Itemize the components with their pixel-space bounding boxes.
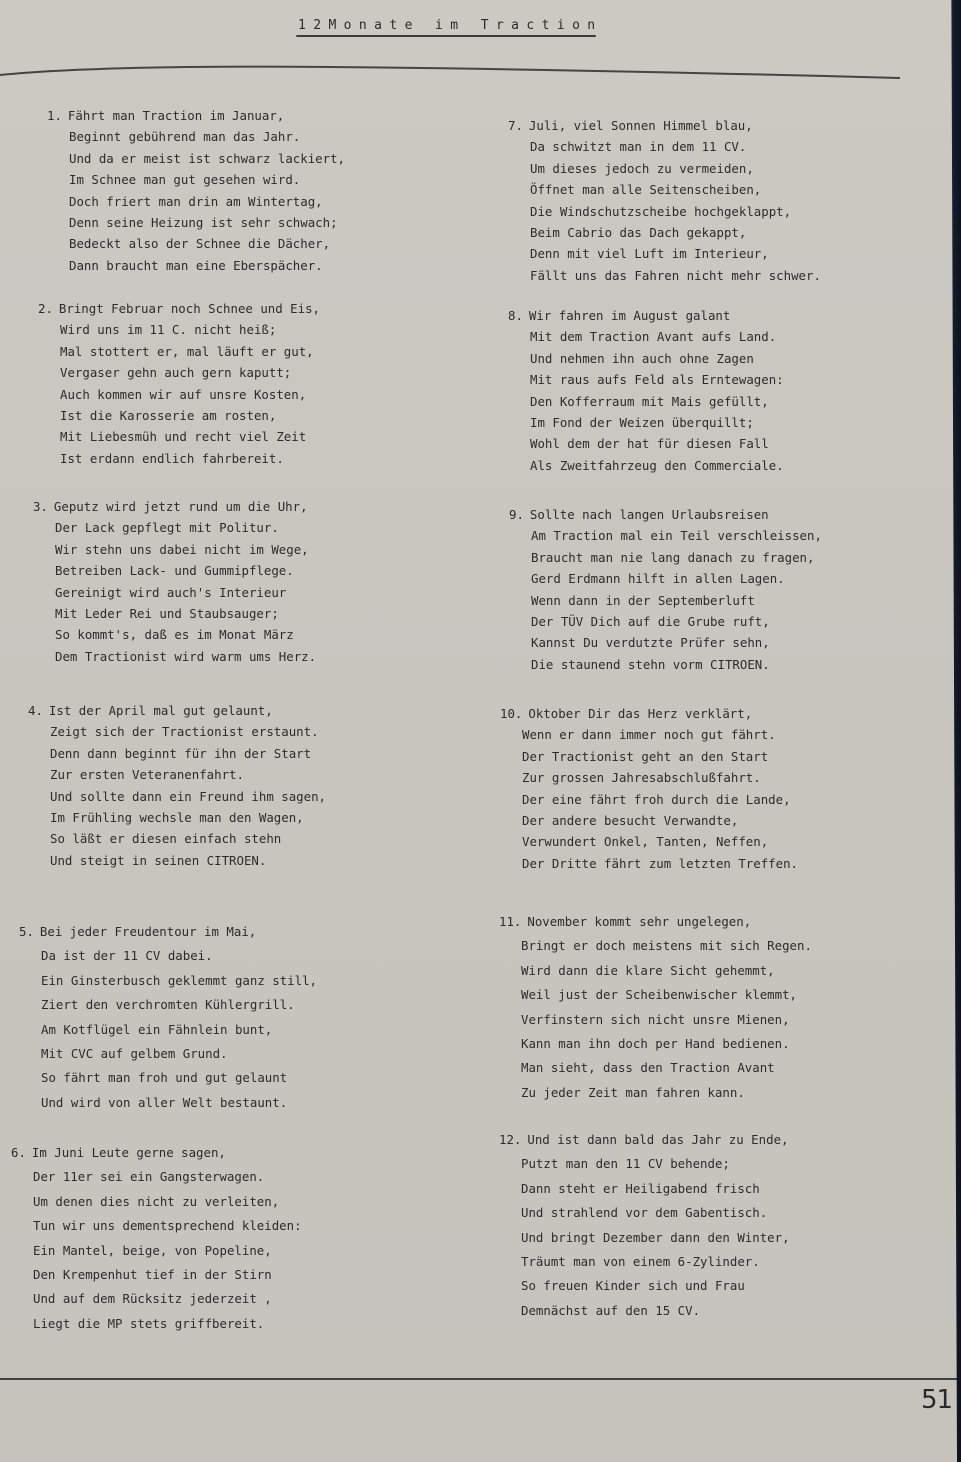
stanza-text: Wenn dann in der Septemberluft [531,593,755,608]
stanza-text: Juli, viel Sonnen Himmel blau, [529,118,753,133]
stanza-text: Um dieses jedoch zu vermeiden, [530,161,754,176]
stanza-text: Öffnet man alle Seitenscheiben, [530,182,761,197]
stanza-line: Betreiben Lack- und Gummipflege. [33,560,316,581]
stanza-text: Weil just der Scheibenwischer klemmt, [521,987,797,1002]
stanza-line: Denn dann beginnt für ihn der Start [28,743,326,764]
stanza-text: Ein Ginsterbusch geklemmt ganz still, [41,973,317,988]
stanza-text: Der Dritte fährt zum letzten Treffen. [522,856,798,871]
stanza-text: So läßt er diesen einfach stehn [50,831,281,846]
stanza-line: Der andere besucht Verwandte, [500,810,798,831]
stanza-line: Der 11er sei ein Gangsterwagen. [11,1165,302,1189]
stanza-line: Kannst Du verdutzte Prüfer sehn, [509,632,822,653]
stanza-line: Weil just der Scheibenwischer klemmt, [499,983,812,1007]
book-spine-edge [945,0,961,1462]
stanza-text: Wir fahren im August galant [529,308,730,323]
stanza-line: Ziert den verchromten Kühlergrill. [19,993,317,1017]
stanza-line: 5.Bei jeder Freudentour im Mai, [19,920,317,944]
stanza-text: Wohl dem der hat für diesen Fall [530,436,769,451]
stanza-8: 8.Wir fahren im August galantMit dem Tra… [508,305,784,476]
stanza-text: Der Tractionist geht an den Start [522,749,768,764]
stanza-line: So läßt er diesen einfach stehn [28,828,326,849]
stanza-text: Tun wir uns dementsprechend kleiden: [33,1218,302,1233]
stanza-line: 12.Und ist dann bald das Jahr zu Ende, [499,1128,790,1152]
stanza-line: Beim Cabrio das Dach gekappt, [508,222,821,243]
stanza-line: Öffnet man alle Seitenscheiben, [508,179,821,200]
stanza-text: Ziert den verchromten Kühlergrill. [41,997,295,1012]
stanza-line: Dann braucht man eine Eberspächer. [47,255,345,276]
stanza-number: 3. [33,496,48,517]
stanza-1: 1.Fährt man Traction im Januar,Beginnt g… [47,105,345,276]
stanza-text: Den Kofferraum mit Mais gefüllt, [530,394,769,409]
stanza-line: Ist die Karosserie am rosten, [38,405,320,426]
stanza-text: Wird dann die klare Sicht gehemmt, [521,963,775,978]
stanza-line: So kommt's, daß es im Monat März [33,624,316,645]
stanza-line: Und steigt in seinen CITROEN. [28,850,326,871]
stanza-text: Dem Tractionist wird warm ums Herz. [55,649,316,664]
stanza-text: Ist der April mal gut gelaunt, [49,703,273,718]
stanza-text: Braucht man nie lang danach zu fragen, [531,550,814,565]
stanza-text: Fällt uns das Fahren nicht mehr schwer. [530,268,821,283]
stanza-number: 10. [500,703,522,724]
stanza-text: Gereinigt wird auch's Interieur [55,585,286,600]
stanza-line: Bedeckt also der Schnee die Dächer, [47,233,345,254]
stanza-line: Der TÜV Dich auf die Grube ruft, [509,611,822,632]
stanza-line: Verfinstern sich nicht unsre Mienen, [499,1008,812,1032]
stanza-line: So fährt man froh und gut gelaunt [19,1066,317,1090]
stanza-line: Die staunend stehn vorm CITROEN. [509,654,822,675]
document-title: 12Monate im Traction [298,18,603,33]
stanza-line: Dem Tractionist wird warm ums Herz. [33,646,316,667]
stanza-line: Da ist der 11 CV dabei. [19,944,317,968]
stanza-text: Bringt Februar noch Schnee und Eis, [59,301,320,316]
stanza-line: Und wird von aller Welt bestaunt. [19,1091,317,1115]
stanza-line: Wird dann die klare Sicht gehemmt, [499,959,812,983]
stanza-3: 3.Geputz wird jetzt rund um die Uhr,Der … [33,496,316,667]
stanza-text: Träumt man von einem 6-Zylinder. [521,1254,760,1269]
top-rule [0,62,900,82]
stanza-text: Dann steht er Heiligabend frisch [521,1181,760,1196]
stanza-text: Doch friert man drin am Wintertag, [69,194,323,209]
stanza-number: 2. [38,298,53,319]
stanza-text: Verwundert Onkel, Tanten, Neffen, [522,834,768,849]
stanza-line: Vergaser gehn auch gern kaputt; [38,362,320,383]
stanza-line: 1.Fährt man Traction im Januar, [47,105,345,126]
stanza-4: 4.Ist der April mal gut gelaunt,Zeigt si… [28,700,326,871]
stanza-line: Ein Mantel, beige, von Popeline, [11,1239,302,1263]
stanza-text: Und nehmen ihn auch ohne Zagen [530,351,754,366]
stanza-7: 7.Juli, viel Sonnen Himmel blau,Da schwi… [508,115,821,286]
document-page: 12Monate im Traction 1.Fährt man Tractio… [0,0,961,1462]
stanza-5: 5.Bei jeder Freudentour im Mai,Da ist de… [19,920,317,1115]
stanza-text: Im Juni Leute gerne sagen, [32,1145,226,1160]
stanza-text: Beginnt gebührend man das Jahr. [69,129,300,144]
stanza-text: Und strahlend vor dem Gabentisch. [521,1205,767,1220]
stanza-text: Mit CVC auf gelbem Grund. [41,1046,228,1061]
stanza-text: Und ist dann bald das Jahr zu Ende, [527,1132,788,1147]
stanza-line: Doch friert man drin am Wintertag, [47,191,345,212]
stanza-line: Wir stehn uns dabei nicht im Wege, [33,539,316,560]
stanza-text: Betreiben Lack- und Gummipflege. [55,563,294,578]
stanza-number: 9. [509,504,524,525]
stanza-text: Mit Liebesmüh und recht viel Zeit [60,429,306,444]
stanza-text: Denn mit viel Luft im Interieur, [530,246,769,261]
stanza-line: Als Zweitfahrzeug den Commerciale. [508,455,784,476]
stanza-line: Da schwitzt man in dem 11 CV. [508,136,821,157]
stanza-line: Der eine fährt froh durch die Lande, [500,789,798,810]
stanza-number: 12. [499,1128,521,1152]
stanza-line: Tun wir uns dementsprechend kleiden: [11,1214,302,1238]
stanza-text: Der Lack gepflegt mit Politur. [55,520,279,535]
stanza-text: Bringt er doch meistens mit sich Regen. [521,938,812,953]
stanza-text: Zu jeder Zeit man fahren kann. [521,1085,745,1100]
stanza-text: Bedeckt also der Schnee die Dächer, [69,236,330,251]
stanza-line: Braucht man nie lang danach zu fragen, [509,547,822,568]
stanza-line: Der Lack gepflegt mit Politur. [33,517,316,538]
stanza-line: Wird uns im 11 C. nicht heiß; [38,319,320,340]
stanza-line: Mit CVC auf gelbem Grund. [19,1042,317,1066]
stanza-text: Kannst Du verdutzte Prüfer sehn, [531,635,770,650]
stanza-line: Auch kommen wir auf unsre Kosten, [38,384,320,405]
stanza-text: Dann braucht man eine Eberspächer. [69,258,323,273]
stanza-text: Die Windschutzscheibe hochgeklappt, [530,204,791,219]
stanza-6: 6.Im Juni Leute gerne sagen,Der 11er sei… [11,1141,302,1336]
stanza-number: 11. [499,910,521,934]
stanza-text: Zur grossen Jahresabschlußfahrt. [522,770,761,785]
stanza-text: Bei jeder Freudentour im Mai, [40,924,256,939]
stanza-line: Gereinigt wird auch's Interieur [33,582,316,603]
stanza-line: Verwundert Onkel, Tanten, Neffen, [500,831,798,852]
stanza-2: 2.Bringt Februar noch Schnee und Eis,Wir… [38,298,320,469]
stanza-text: Der andere besucht Verwandte, [522,813,738,828]
stanza-line: Und bringt Dezember dann den Winter, [499,1226,790,1250]
stanza-line: Mit dem Traction Avant aufs Land. [508,326,784,347]
stanza-9: 9.Sollte nach langen UrlaubsreisenAm Tra… [509,504,822,675]
stanza-line: Denn seine Heizung ist sehr schwach; [47,212,345,233]
stanza-line: Und sollte dann ein Freund ihm sagen, [28,786,326,807]
stanza-text: Denn dann beginnt für ihn der Start [50,746,311,761]
stanza-number: 4. [28,700,43,721]
stanza-text: Auch kommen wir auf unsre Kosten, [60,387,306,402]
stanza-line: So freuen Kinder sich und Frau [499,1274,790,1298]
stanza-line: Und auf dem Rücksitz jederzeit , [11,1287,302,1311]
stanza-line: Gerd Erdmann hilft in allen Lagen. [509,568,822,589]
stanza-text: Mal stottert er, mal läuft er gut, [60,344,314,359]
stanza-text: Verfinstern sich nicht unsre Mienen, [521,1012,790,1027]
stanza-text: Und bringt Dezember dann den Winter, [521,1230,790,1245]
stanza-text: Der TÜV Dich auf die Grube ruft, [531,614,770,629]
stanza-text: Als Zweitfahrzeug den Commerciale. [530,458,784,473]
stanza-text: Denn seine Heizung ist sehr schwach; [69,215,338,230]
stanza-text: Der 11er sei ein Gangsterwagen. [33,1169,264,1184]
stanza-line: 10.Oktober Dir das Herz verklärt, [500,703,798,724]
stanza-line: Ein Ginsterbusch geklemmt ganz still, [19,969,317,993]
stanza-text: Sollte nach langen Urlaubsreisen [530,507,769,522]
stanza-text: Oktober Dir das Herz verklärt, [528,706,752,721]
stanza-line: Den Krempenhut tief in der Stirn [11,1263,302,1287]
stanza-line: 8.Wir fahren im August galant [508,305,784,326]
stanza-text: Demnächst auf den 15 CV. [521,1303,700,1318]
stanza-text: Und auf dem Rücksitz jederzeit , [33,1291,272,1306]
stanza-line: Man sieht, dass den Traction Avant [499,1056,812,1080]
stanza-text: Beim Cabrio das Dach gekappt, [530,225,746,240]
stanza-line: Mit Liebesmüh und recht viel Zeit [38,426,320,447]
stanza-line: Denn mit viel Luft im Interieur, [508,243,821,264]
stanza-text: Und steigt in seinen CITROEN. [50,853,266,868]
page-number: 51 [921,1385,952,1415]
stanza-line: Zu jeder Zeit man fahren kann. [499,1081,812,1105]
stanza-text: Den Krempenhut tief in der Stirn [33,1267,272,1282]
stanza-line: Um dieses jedoch zu vermeiden, [508,158,821,179]
stanza-line: Und nehmen ihn auch ohne Zagen [508,348,784,369]
stanza-line: Zur ersten Veteranenfahrt. [28,764,326,785]
stanza-text: Ist die Karosserie am rosten, [60,408,276,423]
stanza-text: Putzt man den 11 CV behende; [521,1156,730,1171]
stanza-text: Um denen dies nicht zu verleiten, [33,1194,279,1209]
stanza-text: Ein Mantel, beige, von Popeline, [33,1243,272,1258]
bottom-rule [0,1378,961,1380]
stanza-text: Mit raus aufs Feld als Erntewagen: [530,372,784,387]
stanza-line: 11.November kommt sehr ungelegen, [499,910,812,934]
stanza-line: Und da er meist ist schwarz lackiert, [47,148,345,169]
stanza-text: Die staunend stehn vorm CITROEN. [531,657,770,672]
stanza-number: 7. [508,115,523,136]
stanza-number: 5. [19,920,34,944]
stanza-line: Mit raus aufs Feld als Erntewagen: [508,369,784,390]
stanza-text: So freuen Kinder sich und Frau [521,1278,745,1293]
stanza-line: Der Tractionist geht an den Start [500,746,798,767]
stanza-10: 10.Oktober Dir das Herz verklärt,Wenn er… [500,703,798,874]
stanza-line: 2.Bringt Februar noch Schnee und Eis, [38,298,320,319]
title-underline [296,35,596,37]
stanza-text: Geputz wird jetzt rund um die Uhr, [54,499,308,514]
stanza-text: Liegt die MP stets griffbereit. [33,1316,264,1331]
stanza-line: Mal stottert er, mal läuft er gut, [38,341,320,362]
stanza-text: Kann man ihn doch per Hand bedienen. [521,1036,790,1051]
stanza-line: Und strahlend vor dem Gabentisch. [499,1201,790,1225]
stanza-text: Man sieht, dass den Traction Avant [521,1060,775,1075]
stanza-text: November kommt sehr ungelegen, [527,914,751,929]
stanza-line: Demnächst auf den 15 CV. [499,1299,790,1323]
stanza-text: Am Traction mal ein Teil verschleissen, [531,528,822,543]
stanza-number: 1. [47,105,62,126]
stanza-line: Am Kotflügel ein Fähnlein bunt, [19,1018,317,1042]
stanza-text: Der eine fährt froh durch die Lande, [522,792,791,807]
stanza-text: Mit Leder Rei und Staubsauger; [55,606,279,621]
stanza-number: 8. [508,305,523,326]
stanza-text: Am Kotflügel ein Fähnlein bunt, [41,1022,272,1037]
stanza-number: 6. [11,1141,26,1165]
stanza-text: Im Schnee man gut gesehen wird. [69,172,300,187]
stanza-line: Kann man ihn doch per Hand bedienen. [499,1032,812,1056]
stanza-line: Den Kofferraum mit Mais gefüllt, [508,391,784,412]
stanza-line: Zur grossen Jahresabschlußfahrt. [500,767,798,788]
stanza-line: 4.Ist der April mal gut gelaunt, [28,700,326,721]
stanza-line: 6.Im Juni Leute gerne sagen, [11,1141,302,1165]
stanza-text: Ist erdann endlich fahrbereit. [60,451,284,466]
stanza-text: Da schwitzt man in dem 11 CV. [530,139,746,154]
stanza-line: Zeigt sich der Tractionist erstaunt. [28,721,326,742]
stanza-text: Vergaser gehn auch gern kaputt; [60,365,291,380]
stanza-line: Am Traction mal ein Teil verschleissen, [509,525,822,546]
stanza-text: Wir stehn uns dabei nicht im Wege, [55,542,309,557]
stanza-line: 9.Sollte nach langen Urlaubsreisen [509,504,822,525]
stanza-text: Und da er meist ist schwarz lackiert, [69,151,345,166]
stanza-line: Fällt uns das Fahren nicht mehr schwer. [508,265,821,286]
stanza-text: Wird uns im 11 C. nicht heiß; [60,322,276,337]
stanza-text: Und wird von aller Welt bestaunt. [41,1095,287,1110]
stanza-text: Im Frühling wechsle man den Wagen, [50,810,304,825]
stanza-line: Putzt man den 11 CV behende; [499,1152,790,1176]
stanza-text: Gerd Erdmann hilft in allen Lagen. [531,571,785,586]
stanza-line: Um denen dies nicht zu verleiten, [11,1190,302,1214]
stanza-text: So kommt's, daß es im Monat März [55,627,294,642]
stanza-line: Der Dritte fährt zum letzten Treffen. [500,853,798,874]
stanza-text: Da ist der 11 CV dabei. [41,948,213,963]
stanza-line: 3.Geputz wird jetzt rund um die Uhr, [33,496,316,517]
stanza-line: Im Frühling wechsle man den Wagen, [28,807,326,828]
stanza-line: Beginnt gebührend man das Jahr. [47,126,345,147]
stanza-line: Die Windschutzscheibe hochgeklappt, [508,201,821,222]
stanza-line: Wohl dem der hat für diesen Fall [508,433,784,454]
stanza-text: Zur ersten Veteranenfahrt. [50,767,244,782]
stanza-line: Im Schnee man gut gesehen wird. [47,169,345,190]
stanza-12: 12.Und ist dann bald das Jahr zu Ende,Pu… [499,1128,790,1323]
stanza-text: Im Fond der Weizen überquillt; [530,415,754,430]
stanza-text: Zeigt sich der Tractionist erstaunt. [50,724,319,739]
stanza-11: 11.November kommt sehr ungelegen,Bringt … [499,910,812,1105]
stanza-text: Wenn er dann immer noch gut fährt. [522,727,776,742]
stanza-line: 7.Juli, viel Sonnen Himmel blau, [508,115,821,136]
stanza-line: Ist erdann endlich fahrbereit. [38,448,320,469]
stanza-line: Träumt man von einem 6-Zylinder. [499,1250,790,1274]
stanza-line: Wenn dann in der Septemberluft [509,590,822,611]
stanza-line: Liegt die MP stets griffbereit. [11,1312,302,1336]
stanza-text: Mit dem Traction Avant aufs Land. [530,329,776,344]
stanza-line: Mit Leder Rei und Staubsauger; [33,603,316,624]
stanza-line: Dann steht er Heiligabend frisch [499,1177,790,1201]
stanza-line: Im Fond der Weizen überquillt; [508,412,784,433]
stanza-text: Und sollte dann ein Freund ihm sagen, [50,789,326,804]
stanza-line: Bringt er doch meistens mit sich Regen. [499,934,812,958]
stanza-line: Wenn er dann immer noch gut fährt. [500,724,798,745]
stanza-text: Fährt man Traction im Januar, [68,108,284,123]
stanza-text: So fährt man froh und gut gelaunt [41,1070,287,1085]
